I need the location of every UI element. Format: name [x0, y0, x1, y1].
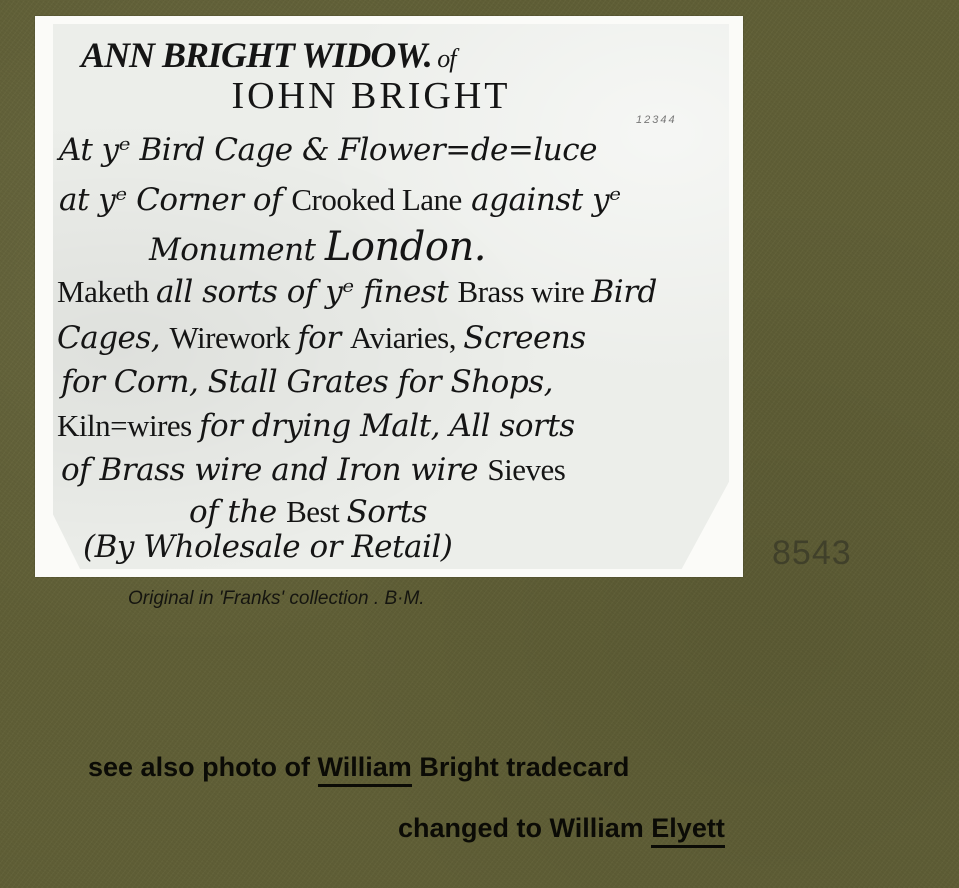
- card-line-name: IOHN BRIGHT: [13, 74, 729, 118]
- address-script-b: against yᵉ: [462, 182, 621, 218]
- changed-to-underlined: Elyett: [651, 813, 725, 848]
- card-line-address-2: at yᵉ Corner of Crooked Lane against yᵉ: [59, 182, 729, 218]
- original-collection-note: Original in 'Franks' collection . B·M.: [128, 588, 425, 610]
- title-caps: ANN BRIGHT WIDOW.: [81, 35, 432, 75]
- monument-text: Monument: [149, 232, 325, 268]
- see-also-suffix: Bright tradecard: [412, 752, 630, 782]
- best-text: Best: [286, 494, 346, 529]
- see-also-note: see also photo of William Bright tradeca…: [88, 752, 629, 783]
- card-line-goods-1: Maketh all sorts of yᵉ finest Brass wire…: [57, 274, 729, 310]
- card-line-goods-4: Kiln=wires for drying Malt, All sorts: [57, 408, 729, 444]
- of-the-text: of the: [189, 494, 286, 530]
- address-script-a: at yᵉ Corner of: [59, 182, 291, 218]
- screens-text: Screens: [463, 320, 585, 356]
- card-line-goods-5: of Brass wire and Iron wire Sieves: [61, 452, 729, 488]
- card-line-goods-2: Cages, Wirework for Aviaries, Screens: [57, 320, 729, 356]
- trade-card-photo: ANN BRIGHT WIDOW. of IOHN BRIGHT 12344 A…: [35, 16, 743, 577]
- see-also-prefix: see also photo of: [88, 752, 318, 782]
- malt-text: for drying Malt, All sorts: [199, 408, 575, 444]
- changed-to-note: changed to William Elyett: [398, 813, 725, 844]
- wirework-text: Wirework: [170, 320, 298, 355]
- card-line-goods-6: of the Best Sorts: [189, 494, 729, 530]
- cages-text: Cages,: [57, 320, 170, 356]
- see-also-underlined: William: [318, 752, 412, 787]
- card-line-title: ANN BRIGHT WIDOW. of: [81, 34, 729, 76]
- catalogue-number: 8543: [772, 534, 852, 573]
- for-text: for: [297, 320, 350, 356]
- brass-wire-text: Brass wire: [458, 274, 592, 309]
- card-line-wholesale: (By Wholesale or Retail): [83, 529, 729, 565]
- title-of: of: [432, 44, 456, 73]
- goods-script: all sorts of yᵉ finest: [156, 274, 458, 310]
- address-roman: Crooked Lane: [291, 182, 461, 217]
- trade-card-paper: ANN BRIGHT WIDOW. of IOHN BRIGHT 12344 A…: [53, 24, 729, 569]
- aviaries-text: Aviaries,: [350, 320, 463, 355]
- sieves-text: Sieves: [487, 452, 565, 487]
- london-text: London.: [325, 224, 486, 270]
- card-line-address-3: Monument London.: [149, 224, 729, 270]
- card-line-goods-3: for Corn, Stall Grates for Shops,: [61, 364, 729, 400]
- bird-text: Bird: [592, 274, 657, 310]
- sorts-text: Sorts: [347, 494, 428, 530]
- sieves-script: of Brass wire and Iron wire: [61, 452, 487, 488]
- card-line-address-1: At yᵉ Bird Cage & Flower=de=luce: [59, 132, 729, 168]
- changed-to-prefix: changed to William: [398, 813, 651, 843]
- pencil-number: 12344: [636, 114, 677, 126]
- maketh-text: Maketh: [57, 274, 156, 309]
- kiln-wires-text: Kiln=wires: [57, 408, 199, 443]
